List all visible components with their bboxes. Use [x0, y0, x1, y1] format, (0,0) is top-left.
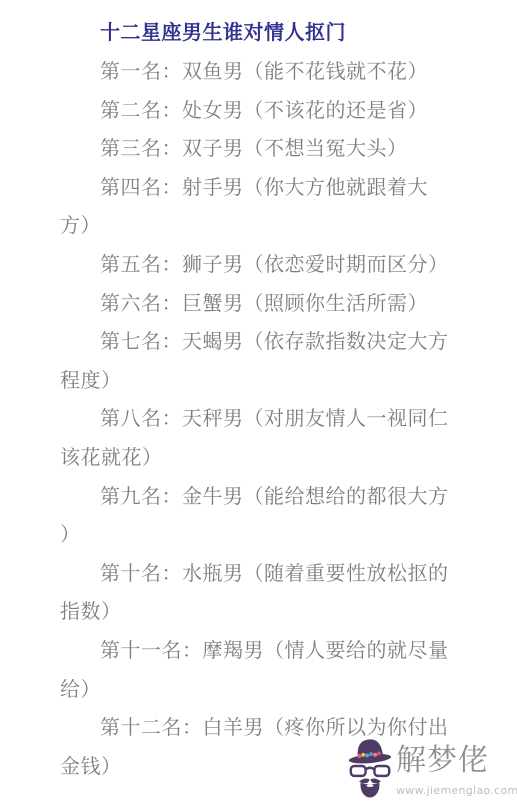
- ranking-item: 第二名：处女男（不该花的还是省）: [60, 91, 452, 130]
- ranking-line: 第六名：巨蟹男（照顾你生活所需）: [60, 284, 452, 323]
- watermark-brand: 解梦佬: [396, 744, 489, 778]
- ranking-line: 第三名：双子男（不想当冤大头）: [60, 129, 452, 168]
- ranking-line: 第四名：射手男（你大方他就跟着大: [60, 168, 452, 207]
- ranking-item: 第五名：狮子男（依恋爱时期而区分）: [60, 245, 452, 284]
- ranking-line: 第七名：天蝎男（依存款指数决定大方: [60, 322, 452, 361]
- article-page: 十二星座男生谁对情人抠门 第一名：双鱼男（能不花钱就不花） 第二名：处女男（不该…: [0, 0, 517, 807]
- jiemenglao-mascot-icon: [346, 737, 394, 799]
- ranking-line: ）: [60, 515, 452, 554]
- ranking-line: 第五名：狮子男（依恋爱时期而区分）: [60, 245, 452, 284]
- ranking-item: 第六名：巨蟹男（照顾你生活所需）: [60, 284, 452, 323]
- ranking-line: 该花就花）: [60, 438, 452, 477]
- ranking-line: 方）: [60, 206, 452, 245]
- article: 十二星座男生谁对情人抠门 第一名：双鱼男（能不花钱就不花） 第二名：处女男（不该…: [0, 0, 452, 785]
- ranking-item: 第十名：水瓶男（随着重要性放松抠的 指数）: [60, 554, 452, 631]
- ranking-line: 第十一名：摩羯男（情人要给的就尽量: [60, 631, 452, 670]
- ranking-line: 第八名：天秤男（对朋友情人一视同仁: [60, 399, 452, 438]
- ranking-item: 第七名：天蝎男（依存款指数决定大方 程度）: [60, 322, 452, 399]
- watermark: 解梦佬 www.jiemenglao.com: [346, 736, 511, 800]
- ranking-line: 第二名：处女男（不该花的还是省）: [60, 91, 452, 130]
- ranking-line: 给）: [60, 670, 452, 709]
- ranking-line: 指数）: [60, 592, 452, 631]
- ranking-item: 第四名：射手男（你大方他就跟着大 方）: [60, 168, 452, 245]
- ranking-line: 第九名：金牛男（能给想给的都很大方: [60, 477, 452, 516]
- page-title: 十二星座男生谁对情人抠门: [60, 12, 452, 52]
- ranking-item: 第三名：双子男（不想当冤大头）: [60, 129, 452, 168]
- ranking-item: 第九名：金牛男（能给想给的都很大方 ）: [60, 477, 452, 554]
- ranking-item: 第八名：天秤男（对朋友情人一视同仁 该花就花）: [60, 399, 452, 476]
- ranking-line: 第十名：水瓶男（随着重要性放松抠的: [60, 554, 452, 593]
- watermark-url: www.jiemenglao.com: [396, 784, 517, 797]
- ranking-list: 第一名：双鱼男（能不花钱就不花） 第二名：处女男（不该花的还是省） 第三名：双子…: [60, 52, 452, 785]
- ranking-line: 程度）: [60, 361, 452, 400]
- ranking-line: 第一名：双鱼男（能不花钱就不花）: [60, 52, 452, 91]
- ranking-item: 第十一名：摩羯男（情人要给的就尽量 给）: [60, 631, 452, 708]
- ranking-item: 第一名：双鱼男（能不花钱就不花）: [60, 52, 452, 91]
